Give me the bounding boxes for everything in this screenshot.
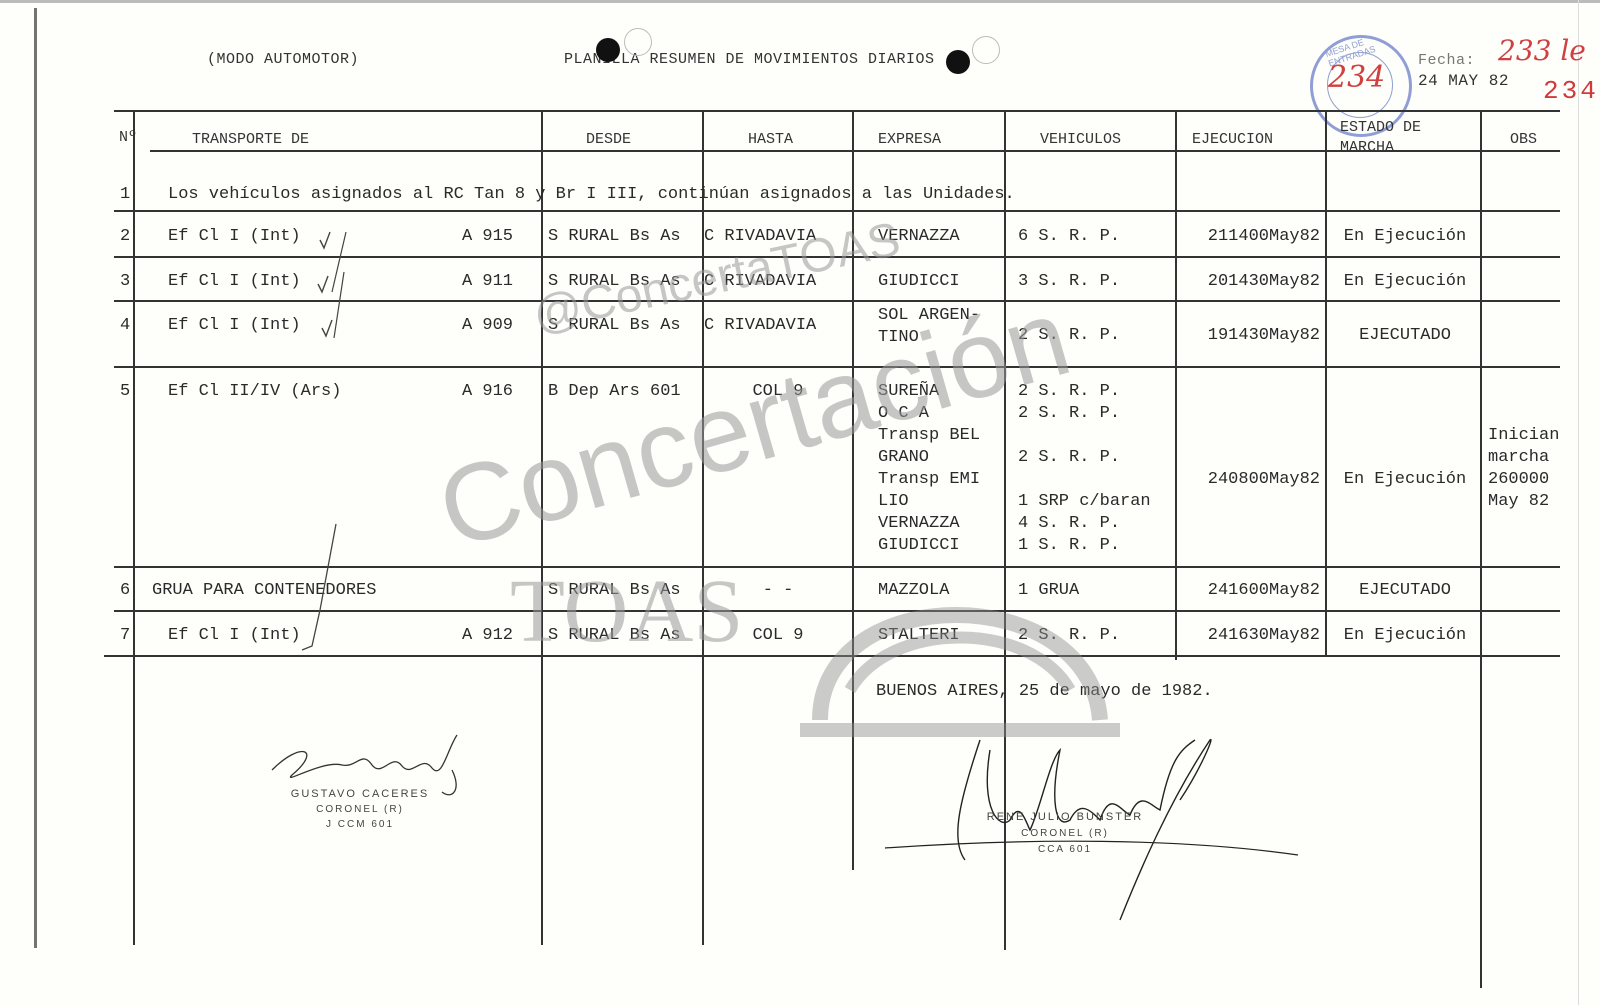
- row-1-num: 1: [120, 184, 130, 206]
- row-3-num: 3: [120, 271, 130, 293]
- row-2-desde: S RURAL Bs As: [548, 226, 681, 248]
- row-5-hasta: COL 9: [704, 381, 852, 403]
- page-margin-line: [34, 8, 37, 948]
- row-7-num: 7: [120, 625, 130, 647]
- row-6-estado: EJECUTADO: [1330, 580, 1480, 602]
- signer-right-name: RENE JULIO BUNSTER: [985, 811, 1145, 823]
- row-4-transporte: Ef Cl I (Int): [168, 315, 301, 337]
- row-3-ejecucion: 201430May82: [1180, 271, 1320, 293]
- signer-right-unit: CCA 601: [985, 844, 1145, 855]
- date-label: Fecha:: [1418, 52, 1475, 69]
- table-row-divider: [114, 110, 1560, 112]
- row-4-estado: EJECUTADO: [1330, 325, 1480, 347]
- red-stamped-number: 234: [1543, 76, 1599, 106]
- row-4-ejecucion: 191430May82: [1180, 325, 1320, 347]
- row-4-num: 4: [120, 315, 130, 337]
- punch-hole-mark: [972, 36, 1000, 64]
- row-7-transporte: Ef Cl I (Int): [168, 625, 301, 647]
- row-3-transporte: Ef Cl I (Int): [168, 271, 301, 293]
- row-3-expresa: GIUDICCI: [878, 271, 960, 293]
- table-column-divider: [1325, 110, 1327, 655]
- row-2-num: 2: [120, 226, 130, 248]
- col-header-hasta: HASTA: [748, 130, 793, 150]
- col-header-transporte: TRANSPORTE DE: [192, 130, 309, 150]
- row-2-expresa: VERNAZZA: [878, 226, 960, 248]
- signer-left-name: GUSTAVO CACERES: [280, 788, 440, 800]
- row-4-desde: S RURAL Bs As: [548, 315, 681, 337]
- row-5-transporte: Ef Cl II/IV (Ars): [168, 381, 341, 403]
- date-value: 24 MAY 82: [1418, 72, 1509, 90]
- row-6-desde: S RURAL Bs As: [548, 580, 681, 602]
- row-2-transporte: Ef Cl I (Int): [168, 226, 301, 248]
- table-row-divider: [114, 366, 1560, 368]
- row-2-ejecucion: 211400May82: [1180, 226, 1320, 248]
- row-1-note-part: 8 y Br I III,: [515, 185, 648, 204]
- signer-right-rank: CORONEL (R): [985, 828, 1145, 839]
- punch-hole: [596, 38, 620, 62]
- row-2-hasta: C RIVADAVIA: [704, 226, 852, 248]
- row-3-vehiculos: 3 S. R. P.: [1018, 271, 1120, 293]
- row-7-codigo: A 912: [462, 625, 513, 647]
- col-header-estado: ESTADO DE MARCHA: [1340, 118, 1440, 158]
- handwritten-reference: 233 le: [1498, 34, 1586, 67]
- handwritten-check-mark: [290, 520, 350, 660]
- table-column-divider: [1480, 110, 1482, 988]
- row-2-vehiculos: 6 S. R. P.: [1018, 226, 1120, 248]
- row-1-note-part: continúan asignados a las: [658, 185, 913, 204]
- row-3-hasta: C RIVADAVIA: [704, 271, 852, 293]
- row-4-expresa: SOL ARGEN- TINO: [878, 305, 980, 349]
- table-column-divider: [541, 110, 543, 945]
- row-5-ejecucion: 240800May82: [1180, 469, 1320, 491]
- document-title: PLANILLA RESUMEN DE MOVIMIENTOS DIARIOS: [564, 51, 935, 68]
- col-header-vehiculos: VEHICULOS: [1040, 130, 1121, 150]
- signer-left-unit: J CCM 601: [280, 819, 440, 830]
- row-2-codigo: A 915: [462, 226, 513, 248]
- document-page: (MODO AUTOMOTOR) PLANILLA RESUMEN DE MOV…: [0, 0, 1600, 1005]
- row-4-vehiculos: 2 S. R. P.: [1018, 325, 1120, 347]
- table-column-divider: [133, 110, 135, 945]
- col-header-desde: DESDE: [586, 130, 631, 150]
- row-3-codigo: A 911: [462, 271, 513, 293]
- row-4-hasta: C RIVADAVIA: [704, 315, 852, 337]
- row-5-estado: En Ejecución: [1330, 469, 1480, 491]
- row-5-num: 5: [120, 381, 130, 403]
- row-5-obs: Inician marcha 260000 May 82: [1488, 425, 1559, 513]
- handwritten-check-marks: [300, 210, 370, 350]
- page-edge: [1578, 0, 1579, 1005]
- table-column-divider: [852, 110, 854, 870]
- row-3-desde: S RURAL Bs As: [548, 271, 681, 293]
- row-5-desde: B Dep Ars 601: [548, 381, 681, 403]
- row-1-note-part: Los vehículos asignados al RC Tan: [168, 185, 505, 204]
- col-header-expresa: EXPRESA: [878, 130, 941, 150]
- punch-hole-mark: [624, 28, 652, 56]
- row-3-estado: En Ejecución: [1330, 271, 1480, 293]
- col-header-ejecucion: EJECUCION: [1192, 130, 1273, 150]
- row-2-estado: En Ejecución: [1330, 226, 1480, 248]
- row-4-codigo: A 909: [462, 315, 513, 337]
- row-7-ejecucion: 241630May82: [1180, 625, 1320, 647]
- table-column-divider: [1175, 110, 1177, 660]
- row-7-estado: En Ejecución: [1330, 625, 1480, 647]
- signer-left-rank: CORONEL (R): [280, 804, 440, 815]
- stamp-handwritten-number: 234: [1328, 60, 1385, 95]
- row-1-note: Los vehículos asignados al RC Tan 8 y Br…: [168, 184, 1015, 206]
- row-6-num: 6: [120, 580, 130, 602]
- punch-hole: [946, 50, 970, 74]
- row-7-desde: S RURAL Bs As: [548, 625, 681, 647]
- page-edge: [0, 0, 1600, 3]
- row-5-codigo: A 916: [462, 381, 513, 403]
- mode-label: (MODO AUTOMOTOR): [207, 51, 359, 68]
- watermark-helmet-logo: [790, 520, 1130, 750]
- row-6-ejecucion: 241600May82: [1180, 580, 1320, 602]
- col-header-obs: OBS: [1510, 130, 1537, 150]
- col-header-num: Nº: [119, 128, 137, 148]
- row-1-note-part: Unidades.: [923, 185, 1015, 204]
